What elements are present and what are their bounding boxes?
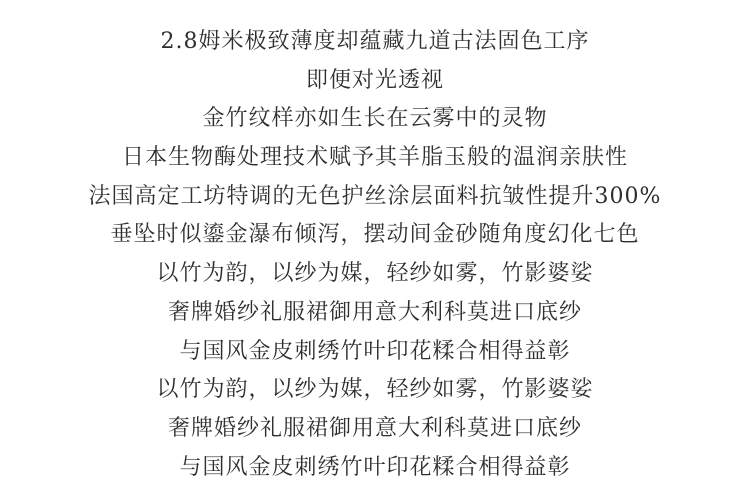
description-line-embroidery: 与国风金皮刺绣竹叶印花糅合相得益彰 <box>0 333 750 372</box>
description-line-como-tulle: 奢牌婚纱礼服裙御用意大利科莫进口底纱 <box>0 294 750 333</box>
description-line-bamboo-pattern: 金竹纹样亦如生长在云雾中的灵物 <box>0 100 750 139</box>
description-line-como-tulle-repeat: 奢牌婚纱礼服裙御用意大利科莫进口底纱 <box>0 410 750 449</box>
description-line-thickness: 2.8姆米极致薄度却蕴藏九道古法固色工序 <box>0 23 750 62</box>
description-line-embroidery-repeat: 与国风金皮刺绣竹叶印花糅合相得益彰 <box>0 449 750 488</box>
description-line-bamboo-charm-repeat: 以竹为韵，以纱为媒，轻纱如雾，竹影婆娑 <box>0 371 750 410</box>
description-line-coating: 法国高定工坊特调的无色护丝涂层面料抗皱性提升300% <box>0 178 750 217</box>
description-line-drape: 垂坠时似鎏金瀑布倾泻，摆动间金砂随角度幻化七色 <box>0 216 750 255</box>
description-line-transparency: 即便对光透视 <box>0 62 750 101</box>
product-description: 2.8姆米极致薄度却蕴藏九道古法固色工序 即便对光透视 金竹纹样亦如生长在云雾中… <box>0 23 750 487</box>
description-line-enzyme-treatment: 日本生物酶处理技术赋予其羊脂玉般的温润亲肤性 <box>0 139 750 178</box>
description-line-bamboo-charm: 以竹为韵，以纱为媒，轻纱如雾，竹影婆娑 <box>0 255 750 294</box>
